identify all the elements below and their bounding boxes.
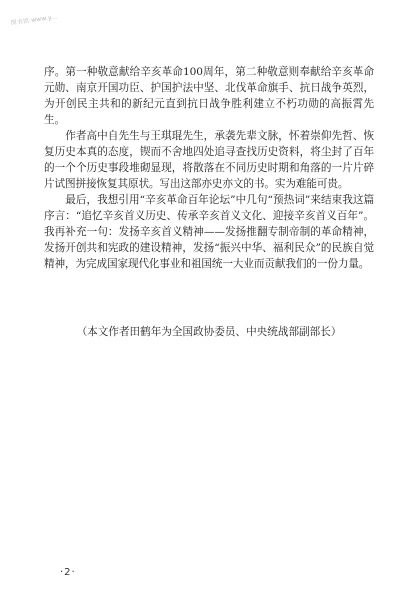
author-signature: （本文作者田鹤年为全国政协委员、中央统战部副部长） [44, 324, 374, 340]
paragraph-closing: 最后，我想引用“辛亥革命百年论坛”中几句“预热词”来结束我这篇序言：“追忆辛亥首… [44, 192, 374, 272]
document-page: 序。第一种敬意献给辛亥革命100周年，第二种敬意则奉献给辛亥革命元勋、南京开国功… [44, 64, 374, 272]
paragraph-authors: 作者高中自先生与王琪琨先生，承袭先辈文脉，怀着崇仰先哲、恢复历史本真的态度，锲而… [44, 128, 374, 192]
paragraph-dedication: 序。第一种敬意献给辛亥革命100周年，第二种敬意则奉献给辛亥革命元勋、南京开国功… [44, 64, 374, 128]
watermark: 图书馆·www.y... [10, 11, 58, 26]
page-number: ·2· [60, 567, 76, 578]
